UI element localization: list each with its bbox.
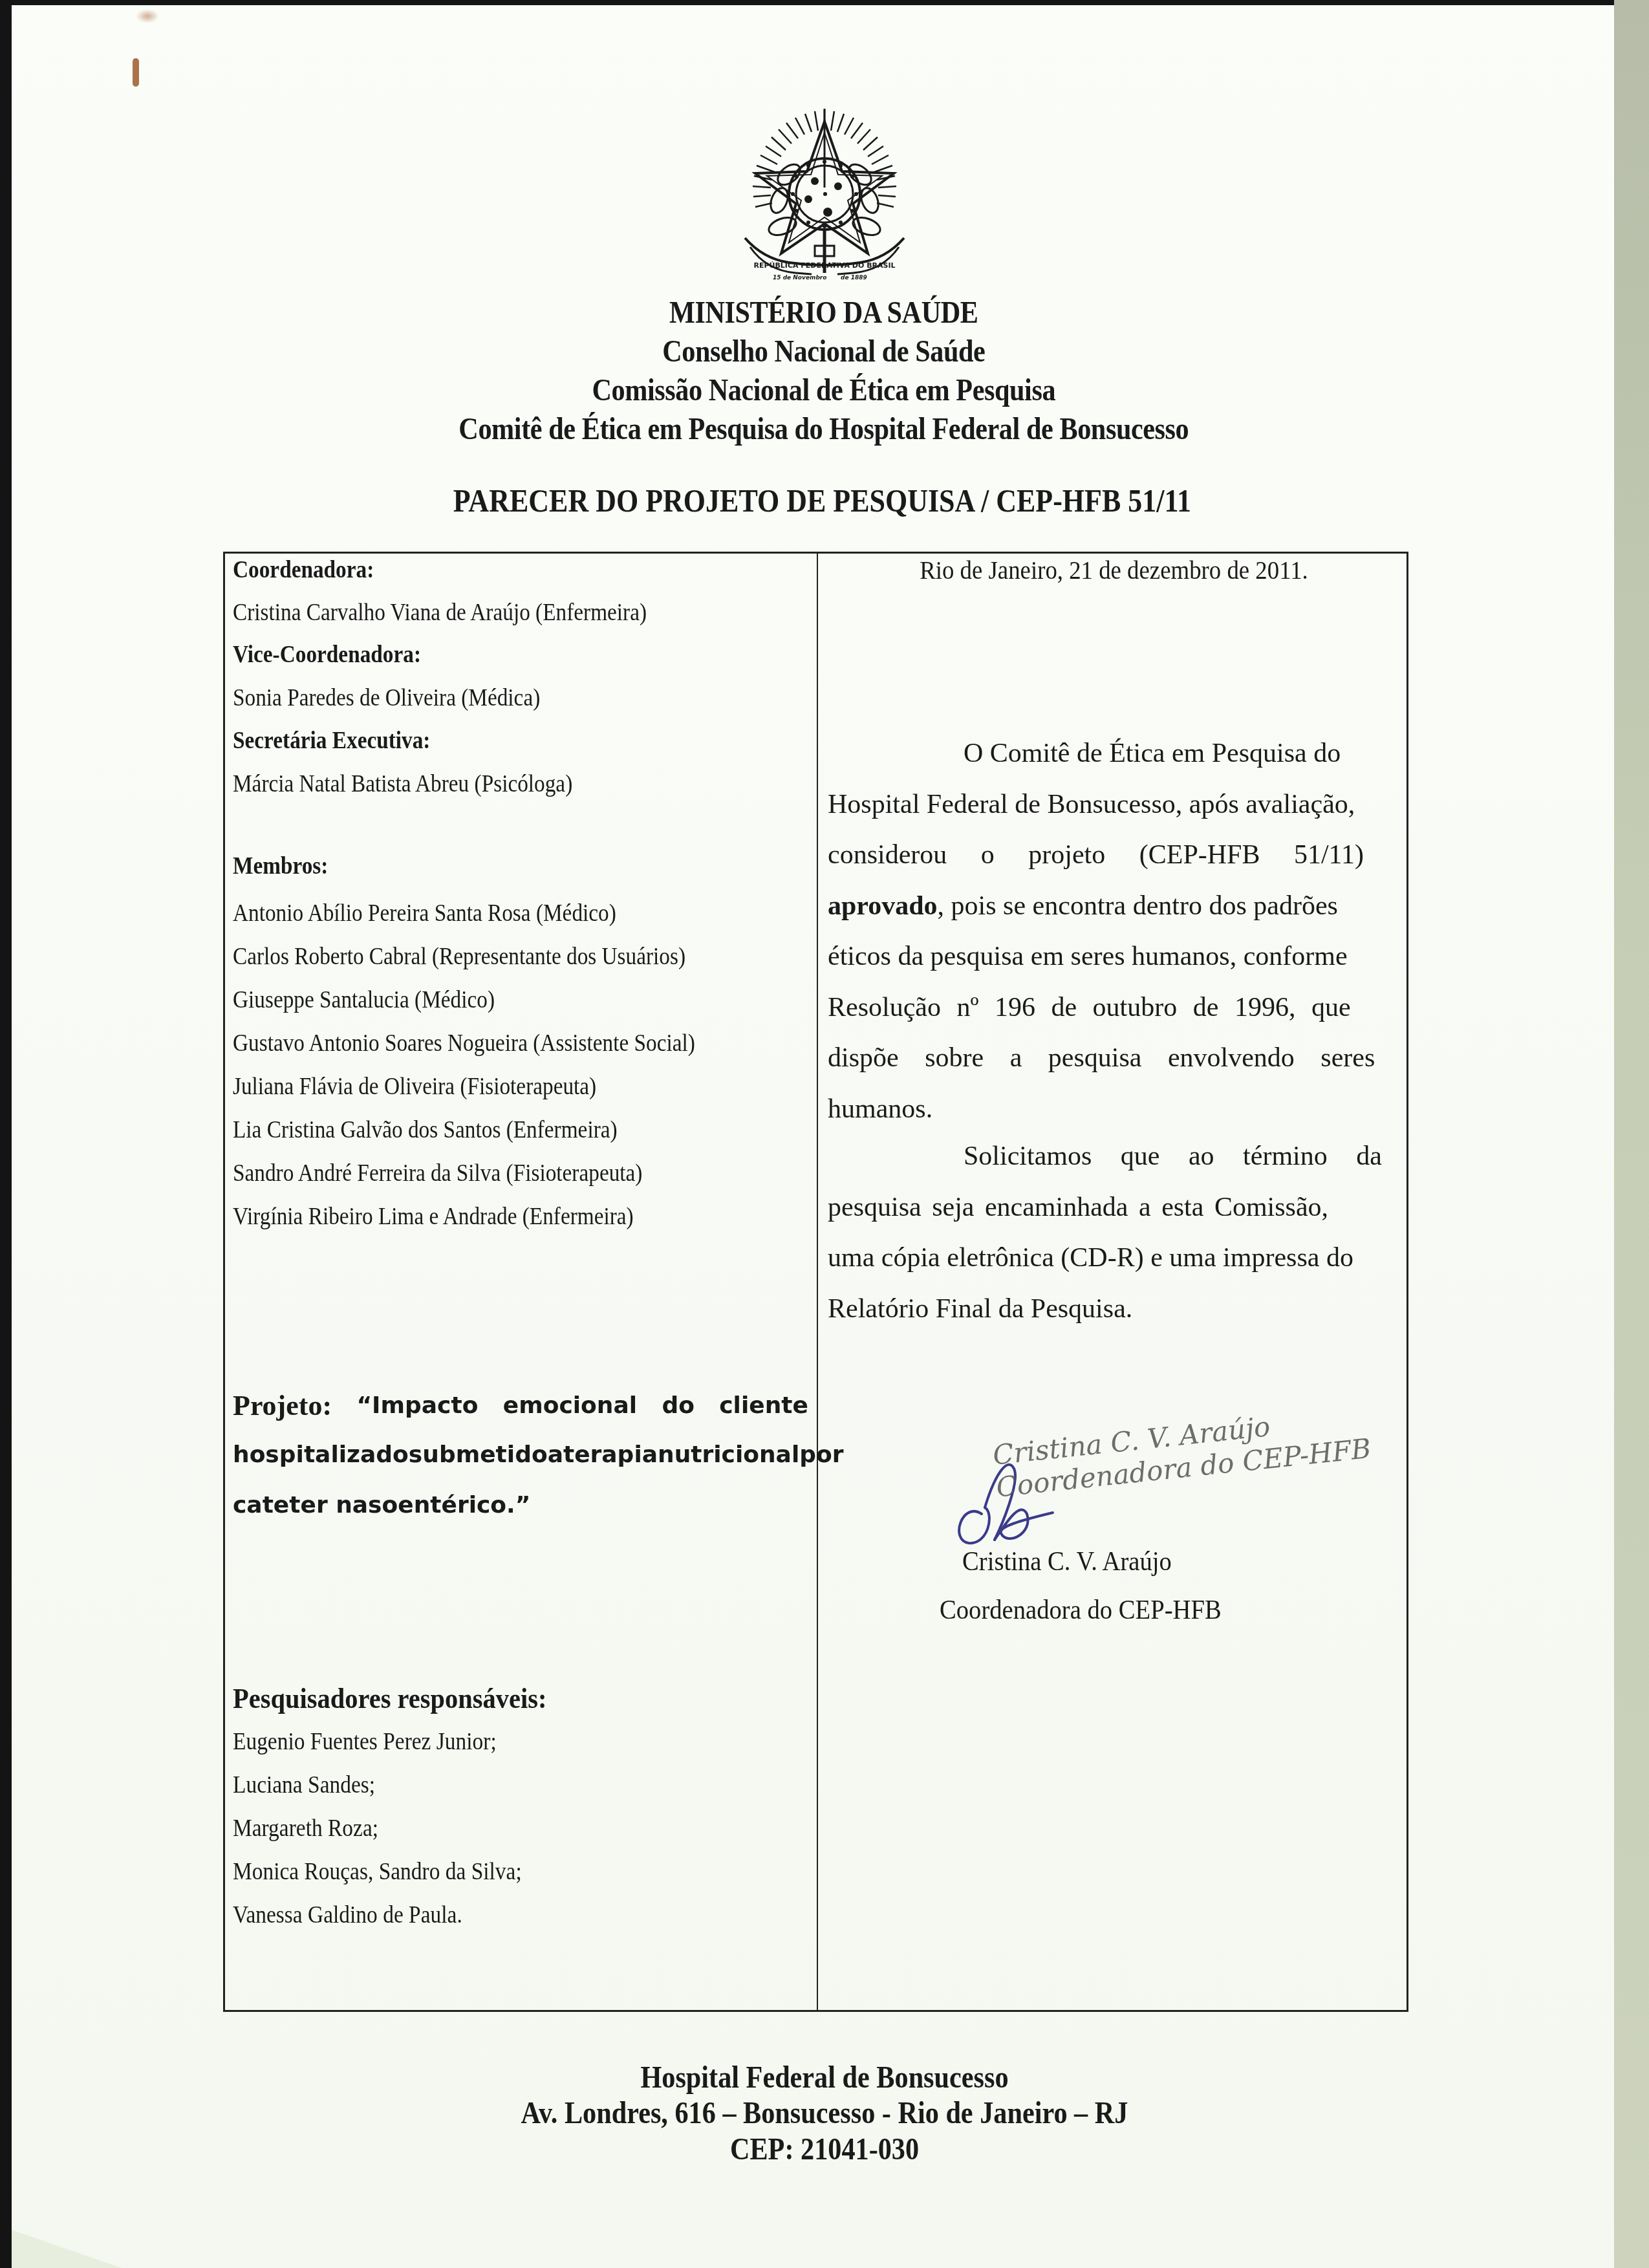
request-paragraph: Solicitamos que ao término da pesquisa s… bbox=[828, 1131, 1400, 1334]
signer-name: Cristina C. V. Araújo bbox=[962, 1546, 1172, 1577]
project-title-word: cliente bbox=[719, 1381, 808, 1431]
footer-postal-code: CEP: 21041-030 bbox=[99, 2132, 1550, 2167]
project-line-2: hospitalizado submetido a terapia nutric… bbox=[233, 1431, 808, 1480]
line-text: humanos. bbox=[828, 1094, 932, 1124]
project-title-word: submetido bbox=[409, 1431, 548, 1480]
staple-mark bbox=[136, 9, 159, 23]
paragraph-line: humanos. bbox=[828, 1084, 1400, 1135]
paragraph-line: uma cópia eletrônica (CD-R) e uma impres… bbox=[828, 1233, 1400, 1284]
list-item: Carlos Roberto Cabral (Representante dos… bbox=[233, 943, 685, 971]
vice-coordenadora-label: Vice-Coordenadora: bbox=[233, 641, 745, 669]
researchers-label: Pesquisadores responsáveis: bbox=[233, 1682, 546, 1715]
scan-background-strip bbox=[1614, 0, 1649, 2268]
project-title-word: do bbox=[662, 1381, 695, 1431]
list-item: Lia Cristina Galvão dos Santos (Enfermei… bbox=[233, 1116, 618, 1144]
project-title-word: emocional bbox=[503, 1381, 637, 1431]
paragraph-line: dispõe sobre a pesquisa envolvendo seres bbox=[828, 1033, 1400, 1084]
council-heading: Conselho Nacional de Saúde bbox=[98, 333, 1549, 371]
brazil-coat-of-arms-icon: REPÚBLICA FEDERATIVA DO BRASIL 15 de Nov… bbox=[718, 103, 931, 288]
line-text: éticos da pesquisa em seres humanos, con… bbox=[828, 942, 1348, 971]
signer-role: Coordenadora do CEP-HFB bbox=[940, 1595, 1222, 1626]
list-item: Giuseppe Santalucia (Médico) bbox=[233, 986, 495, 1014]
coordenadora-label: Coordenadora: bbox=[233, 556, 745, 584]
line-text: uma cópia eletrônica (CD-R) e uma impres… bbox=[828, 1243, 1353, 1273]
paragraph-line: O Comitê de Ética em Pesquisa do bbox=[828, 728, 1400, 779]
project-title-word: a bbox=[548, 1431, 563, 1480]
list-item: Vanessa Galdino de Paula. bbox=[233, 1901, 462, 1929]
project-title-word: hospitalizado bbox=[233, 1431, 409, 1480]
footer-address: Av. Londres, 616 – Bonsucesso - Rio de J… bbox=[99, 2095, 1550, 2131]
line-text: considerou o projeto (CEP-HFB 51/11) bbox=[828, 840, 1364, 870]
coordenadora-name: Cristina Carvalho Viana de Araújo (Enfer… bbox=[233, 599, 745, 627]
secretaria-label: Secretária Executiva: bbox=[233, 727, 745, 755]
line-text: dispõe sobre a pesquisa envolvendo seres bbox=[828, 1043, 1375, 1073]
line-text: Solicitamos que ao término da bbox=[964, 1141, 1382, 1171]
project-title-word: cateter nasoentérico.” bbox=[233, 1492, 530, 1518]
membros-label: Membros: bbox=[233, 852, 745, 880]
document-date: Rio de Janeiro, 21 de dezembro de 2011. bbox=[850, 555, 1377, 585]
paragraph-line: Resolução nº 196 de outubro de 1996, que bbox=[828, 982, 1400, 1033]
paragraph-line: aprovado, pois se encontra dentro dos pa… bbox=[828, 881, 1400, 932]
paragraph-line: Relatório Final da Pesquisa. bbox=[828, 1284, 1400, 1335]
paragraph-line: Hospital Federal de Bonsucesso, após ava… bbox=[828, 779, 1400, 830]
footer-hospital: Hospital Federal de Bonsucesso bbox=[99, 2060, 1550, 2095]
line-text: pesquisa seja encaminhada a esta Comissã… bbox=[828, 1193, 1328, 1222]
emblem-date-right: de 1889 bbox=[841, 275, 867, 281]
list-item: Margareth Roza; bbox=[233, 1814, 378, 1842]
paragraph-line: considerou o projeto (CEP-HFB 51/11) bbox=[828, 830, 1400, 881]
list-item: Gustavo Antonio Soares Nogueira (Assiste… bbox=[233, 1030, 695, 1057]
list-item: Antonio Abílio Pereira Santa Rosa (Médic… bbox=[233, 900, 616, 927]
emblem-ribbon-text: REPÚBLICA FEDERATIVA DO BRASIL bbox=[753, 261, 895, 270]
secretaria-name: Márcia Natal Batista Abreu (Psicóloga) bbox=[233, 770, 745, 798]
commission-heading: Comissão Nacional de Ética em Pesquisa bbox=[98, 372, 1549, 409]
vice-coordenadora-name: Sonia Paredes de Oliveira (Médica) bbox=[233, 684, 745, 712]
line-text: , pois se encontra dentro dos padrões bbox=[938, 891, 1338, 921]
project-title-word: por bbox=[799, 1431, 843, 1480]
list-item: Juliana Flávia de Oliveira (Fisioterapeu… bbox=[233, 1073, 596, 1101]
list-item: Monica Rouças, Sandro da Silva; bbox=[233, 1857, 522, 1886]
line-text: Hospital Federal de Bonsucesso, após ava… bbox=[828, 790, 1355, 819]
scan-border-top bbox=[0, 0, 1649, 5]
project-line-3: cateter nasoentérico.” bbox=[233, 1480, 808, 1530]
list-item: Sandro André Ferreira da Silva (Fisioter… bbox=[233, 1160, 642, 1187]
list-item: Eugenio Fuentes Perez Junior; bbox=[233, 1727, 497, 1756]
line-text: Resolução nº 196 de outubro de 1996, que bbox=[828, 993, 1351, 1022]
document-title: PARECER DO PROJETO DE PESQUISA / CEP-HFB… bbox=[96, 482, 1547, 519]
project-line-1: Projeto: “Impacto emocional do cliente bbox=[233, 1381, 808, 1431]
approved-word: aprovado bbox=[828, 891, 938, 921]
paragraph-line: Solicitamos que ao término da bbox=[828, 1131, 1400, 1182]
project-title-word: terapia bbox=[563, 1431, 658, 1480]
project-title-word: “Impacto bbox=[356, 1381, 478, 1431]
list-item: Luciana Sandes; bbox=[233, 1771, 375, 1799]
list-item: Virgínia Ribeiro Lima e Andrade (Enferme… bbox=[233, 1203, 634, 1231]
paragraph-line: éticos da pesquisa em seres humanos, con… bbox=[828, 931, 1400, 982]
scan-border-left bbox=[0, 0, 12, 2268]
ministry-heading: MINISTÉRIO DA SAÚDE bbox=[98, 294, 1549, 332]
opinion-table: Coordenadora: Cristina Carvalho Viana de… bbox=[223, 552, 1408, 2012]
column-divider bbox=[817, 554, 818, 2010]
emblem-date-left: 15 de Novembro bbox=[773, 275, 826, 281]
line-text: O Comitê de Ética em Pesquisa do bbox=[964, 728, 1341, 779]
committee-heading: Comitê de Ética em Pesquisa do Hospital … bbox=[98, 411, 1549, 448]
project-block: Projeto: “Impacto emocional do cliente h… bbox=[233, 1381, 808, 1530]
line-text: Relatório Final da Pesquisa. bbox=[828, 1294, 1132, 1324]
paragraph-line: pesquisa seja encaminhada a esta Comissã… bbox=[828, 1182, 1400, 1233]
project-label: Projeto: bbox=[233, 1381, 332, 1431]
approval-paragraph: O Comitê de Ética em Pesquisa do Hospita… bbox=[828, 728, 1400, 1134]
rust-stain bbox=[133, 58, 139, 87]
project-title-word: nutricional bbox=[658, 1431, 799, 1480]
